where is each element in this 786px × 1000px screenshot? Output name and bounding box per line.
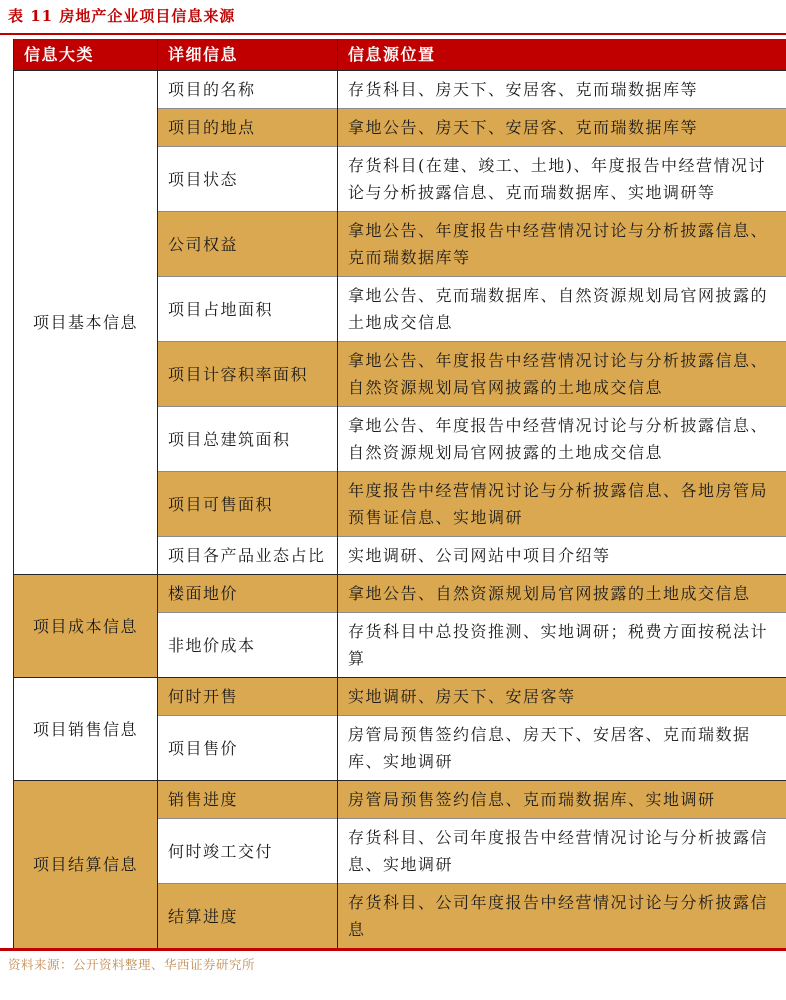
detail-cell: 楼面地价 — [158, 575, 338, 613]
detail-cell: 非地价成本 — [158, 613, 338, 678]
source-cell: 房管局预售签约信息、克而瑞数据库、实地调研 — [338, 781, 786, 819]
header-cell-source: 信息源位置 — [338, 39, 786, 71]
source-cell: 存货科目、公司年度报告中经营情况讨论与分析披露信息、实地调研 — [338, 819, 786, 884]
header-row: 信息大类 详细信息 信息源位置 — [14, 39, 786, 71]
category-cell: 项目成本信息 — [14, 575, 158, 678]
category-cell: 项目结算信息 — [14, 781, 158, 949]
category-cell: 项目基本信息 — [14, 71, 158, 575]
header-cell-detail: 详细信息 — [158, 39, 338, 71]
source-cell: 存货科目(在建、竣工、土地)、年度报告中经营情况讨论与分析披露信息、克而瑞数据库… — [338, 147, 786, 212]
table-row: 项目基本信息 项目的名称 存货科目、房天下、安居客、克而瑞数据库等 — [14, 71, 786, 109]
category-cell: 项目销售信息 — [14, 678, 158, 781]
detail-cell: 项目状态 — [158, 147, 338, 212]
table-body: 项目基本信息 项目的名称 存货科目、房天下、安居客、克而瑞数据库等 项目的地点 … — [14, 71, 786, 949]
header-cell-category: 信息大类 — [14, 39, 158, 71]
detail-cell: 项目可售面积 — [158, 472, 338, 537]
detail-cell: 项目的地点 — [158, 109, 338, 147]
source-cell: 房管局预售签约信息、房天下、安居客、克而瑞数据库、实地调研 — [338, 716, 786, 781]
source-cell: 拿地公告、年度报告中经营情况讨论与分析披露信息、自然资源规划局官网披露的土地成交… — [338, 407, 786, 472]
detail-cell: 何时竣工交付 — [158, 819, 338, 884]
table-header: 信息大类 详细信息 信息源位置 — [14, 39, 786, 71]
source-cell: 实地调研、公司网站中项目介绍等 — [338, 537, 786, 575]
info-source-table: 信息大类 详细信息 信息源位置 项目基本信息 项目的名称 存货科目、房天下、安居… — [13, 39, 786, 948]
source-cell: 存货科目、房天下、安居客、克而瑞数据库等 — [338, 71, 786, 109]
table-row: 项目成本信息 楼面地价 拿地公告、自然资源规划局官网披露的土地成交信息 — [14, 575, 786, 613]
source-cell: 拿地公告、房天下、安居客、克而瑞数据库等 — [338, 109, 786, 147]
source-cell: 实地调研、房天下、安居客等 — [338, 678, 786, 716]
detail-cell: 何时开售 — [158, 678, 338, 716]
report-page: 表 11 房地产企业项目信息来源 信息大类 详细信息 信息源位置 项目基本信息 … — [0, 0, 786, 1000]
detail-cell: 项目总建筑面积 — [158, 407, 338, 472]
source-cell: 年度报告中经营情况讨论与分析披露信息、各地房管局预售证信息、实地调研 — [338, 472, 786, 537]
detail-cell: 项目各产品业态占比 — [158, 537, 338, 575]
detail-cell: 项目占地面积 — [158, 277, 338, 342]
detail-cell: 项目售价 — [158, 716, 338, 781]
source-cell: 拿地公告、年度报告中经营情况讨论与分析披露信息、克而瑞数据库等 — [338, 212, 786, 277]
detail-cell: 销售进度 — [158, 781, 338, 819]
table-row: 项目销售信息 何时开售 实地调研、房天下、安居客等 — [14, 678, 786, 716]
source-cell: 拿地公告、克而瑞数据库、自然资源规划局官网披露的土地成交信息 — [338, 277, 786, 342]
detail-cell: 公司权益 — [158, 212, 338, 277]
source-cell: 拿地公告、自然资源规划局官网披露的土地成交信息 — [338, 575, 786, 613]
detail-cell: 项目的名称 — [158, 71, 338, 109]
table-row: 项目结算信息 销售进度 房管局预售签约信息、克而瑞数据库、实地调研 — [14, 781, 786, 819]
source-cell: 存货科目、公司年度报告中经营情况讨论与分析披露信息 — [338, 884, 786, 949]
source-cell: 拿地公告、年度报告中经营情况讨论与分析披露信息、自然资源规划局官网披露的土地成交… — [338, 342, 786, 407]
detail-cell: 结算进度 — [158, 884, 338, 949]
source-cell: 存货科目中总投资推测、实地调研；税费方面按税法计算 — [338, 613, 786, 678]
source-note: 资料来源：公开资料整理、华西证券研究所 — [0, 951, 786, 973]
detail-cell: 项目计容积率面积 — [158, 342, 338, 407]
page-title: 表 11 房地产企业项目信息来源 — [0, 0, 786, 26]
